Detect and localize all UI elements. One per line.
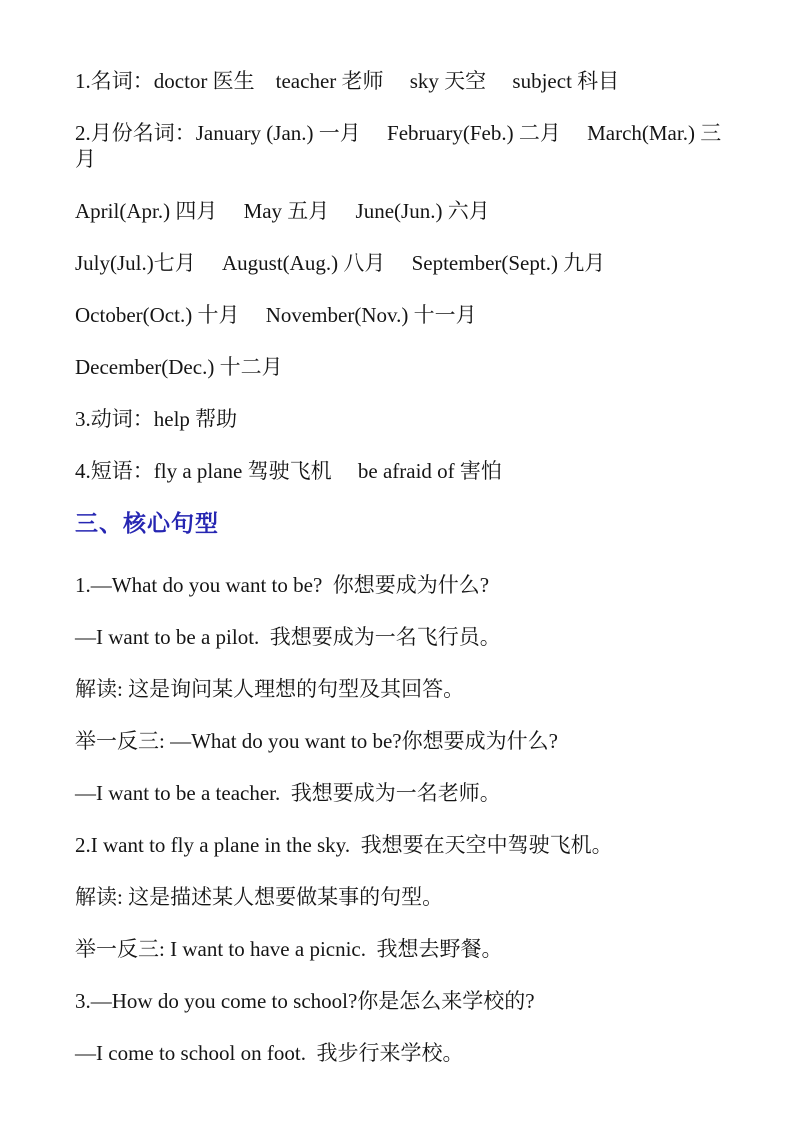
sentence-2-ext: 举一反三: I want to have a picnic. 我想去野餐。 <box>75 936 738 962</box>
vocab-months-line-2: April(Apr.) 四月 May 五月 June(Jun.) 六月 <box>75 198 738 224</box>
document-page: 1.名词：doctor 医生 teacher 老师 sky 天空 subject… <box>0 0 793 1122</box>
sentence-1-note: 解读: 这是询问某人理想的句型及其回答。 <box>75 676 738 702</box>
vocab-months-line-3: July(Jul.)七月 August(Aug.) 八月 September(S… <box>75 250 738 276</box>
sentence-1-ext-answer: —I want to be a teacher. 我想要成为一名老师。 <box>75 780 738 806</box>
sentence-1-answer: —I want to be a pilot. 我想要成为一名飞行员。 <box>75 624 738 650</box>
sentence-2-note: 解读: 这是描述某人想要做某事的句型。 <box>75 884 738 910</box>
section-heading: 三、核心句型 <box>75 510 738 538</box>
vocab-verbs-line: 3.动词：help 帮助 <box>75 406 738 432</box>
vocab-nouns-line: 1.名词：doctor 医生 teacher 老师 sky 天空 subject… <box>75 68 738 94</box>
vocab-months-line-5: December(Dec.) 十二月 <box>75 354 738 380</box>
vocab-phrases-line: 4.短语：fly a plane 驾驶飞机 be afraid of 害怕 <box>75 458 738 484</box>
vocab-months-intro-line: 2.月份名词：January (Jan.) 一月 February(Feb.) … <box>75 120 738 172</box>
sentence-3-answer: —I come to school on foot. 我步行来学校。 <box>75 1040 738 1066</box>
vocab-months-line-4: October(Oct.) 十月 November(Nov.) 十一月 <box>75 302 738 328</box>
sentence-2: 2.I want to fly a plane in the sky. 我想要在… <box>75 832 738 858</box>
sentence-3-question: 3.—How do you come to school?你是怎么来学校的? <box>75 988 738 1014</box>
sentence-1-question: 1.—What do you want to be? 你想要成为什么? <box>75 572 738 598</box>
sentence-1-ext-question: 举一反三: —What do you want to be?你想要成为什么? <box>75 728 738 754</box>
